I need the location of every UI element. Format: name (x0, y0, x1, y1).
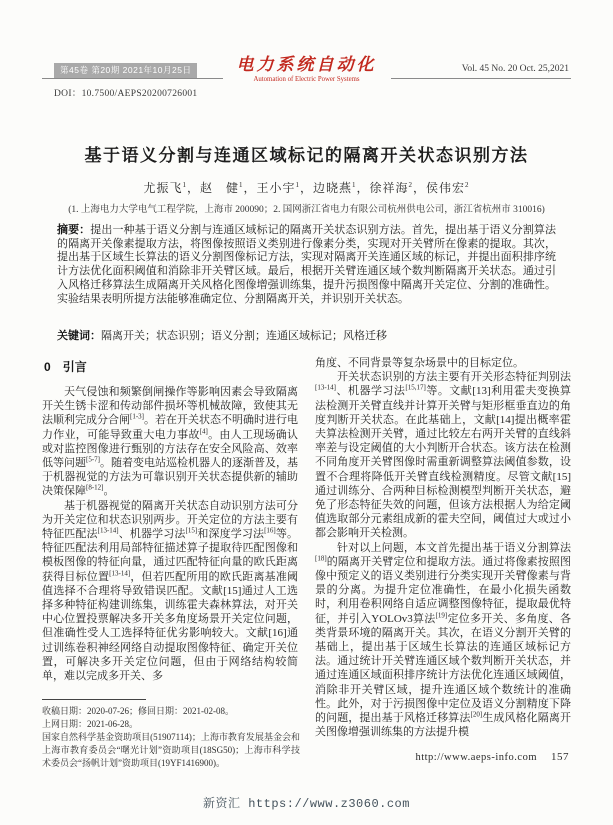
keywords-block: 关键词：隔离开关；状态识别；语义分割；连通区域标记；风格迁移 (57, 327, 556, 343)
right-column: 角度、不同背景等复杂场景中的目标定位。 开关状态识别的方法主要有开关形态特征判别… (315, 356, 571, 739)
footnote-divider (42, 699, 146, 700)
issue-badge: 第45卷 第20期 2021年10月25日 (54, 63, 197, 78)
section-number: 0 (44, 360, 51, 374)
section-heading-intro: 0引言 (44, 358, 298, 375)
abstract-block: 摘要：提出一种基于语义分割与连通区域标记的隔离开关状态识别方法。首先，提出基于语… (57, 224, 556, 306)
journal-name-en: Automation of Electric Power Systems (237, 75, 377, 84)
paragraph: 针对以上问题，本文首先提出基于语义分割算法[18]的隔离开关臂定位和提取方法。通… (315, 541, 571, 740)
abstract-label: 摘要： (57, 224, 90, 236)
journal-url: http://www.aeps-info.com (415, 752, 537, 763)
body-columns: 0引言 天气侵蚀和频繁倒闸操作等影响因素会导致隔离开关生锈卡涩和传动部件损坏等机… (42, 356, 571, 739)
volume-info: Vol. 45 No. 20 Oct. 25,2021 (462, 64, 569, 74)
footnote-online-date: 上网日期：2021-06-28。 (42, 718, 300, 731)
journal-logo: 电力系统自动化 Automation of Electric Power Sys… (223, 55, 391, 84)
journal-name-cn: 电力系统自动化 (237, 55, 377, 75)
section-label: 引言 (63, 360, 87, 374)
left-column: 0引言 天气侵蚀和频繁倒闸操作等影响因素会导致隔离开关生锈卡涩和传动部件损坏等机… (42, 356, 298, 739)
page-footer: http://www.aeps-info.com157 (415, 751, 569, 763)
footnote-dates: 收稿日期：2020-07-26；修回日期：2021-02-08。 (42, 705, 300, 718)
paragraph: 角度、不同背景等复杂场景中的目标定位。 (315, 356, 571, 370)
footnote-block: 收稿日期：2020-07-26；修回日期：2021-02-08。 上网日期：20… (42, 699, 300, 770)
doi-text: DOI：10.7500/AEPS20200726001 (54, 85, 197, 99)
keywords-text: 隔离开关；状态识别；语义分割；连通区域标记；风格迁移 (101, 330, 387, 342)
paper-page: 第45卷 第20期 2021年10月25日 DOI：10.7500/AEPS20… (0, 0, 613, 825)
affiliation-line: (1. 上海电力大学电气工程学院，上海市 200090；2. 国网浙江省电力有限… (0, 201, 613, 215)
abstract-text: 提出一种基于语义分割与连通区域标记的隔离开关状态识别方法。首先，提出基于语义分割… (57, 224, 556, 305)
paper-title: 基于语义分割与连通区域标记的隔离开关状态识别方法 (0, 141, 613, 166)
authors-line: 尤振飞1，赵 健1，王小宇1，边晓燕1，徐祥海2，侯伟宏2 (0, 179, 613, 196)
paragraph: 开关状态识别的方法主要有开关形态特征判别法[13-14]、机器学习法[15,17… (315, 370, 571, 540)
journal-header: 第45卷 第20期 2021年10月25日 DOI：10.7500/AEPS20… (42, 58, 571, 104)
watermark-text: 新资汇 https://www.z3060.com (0, 794, 613, 811)
paragraph: 基于机器视觉的隔离开关状态自动识别方法可分为开关定位和状态识别两步。开关定位的方… (42, 499, 298, 684)
page-number: 157 (551, 751, 569, 763)
paragraph: 天气侵蚀和频繁倒闸操作等影响因素会导致隔离开关生锈卡涩和传动部件损坏等机械故障，… (42, 385, 298, 499)
keywords-label: 关键词： (57, 330, 101, 342)
footnote-funding: 国家自然科学基金资助项目(51907114)；上海市教育发展基金会和上海市教育委… (42, 731, 300, 770)
